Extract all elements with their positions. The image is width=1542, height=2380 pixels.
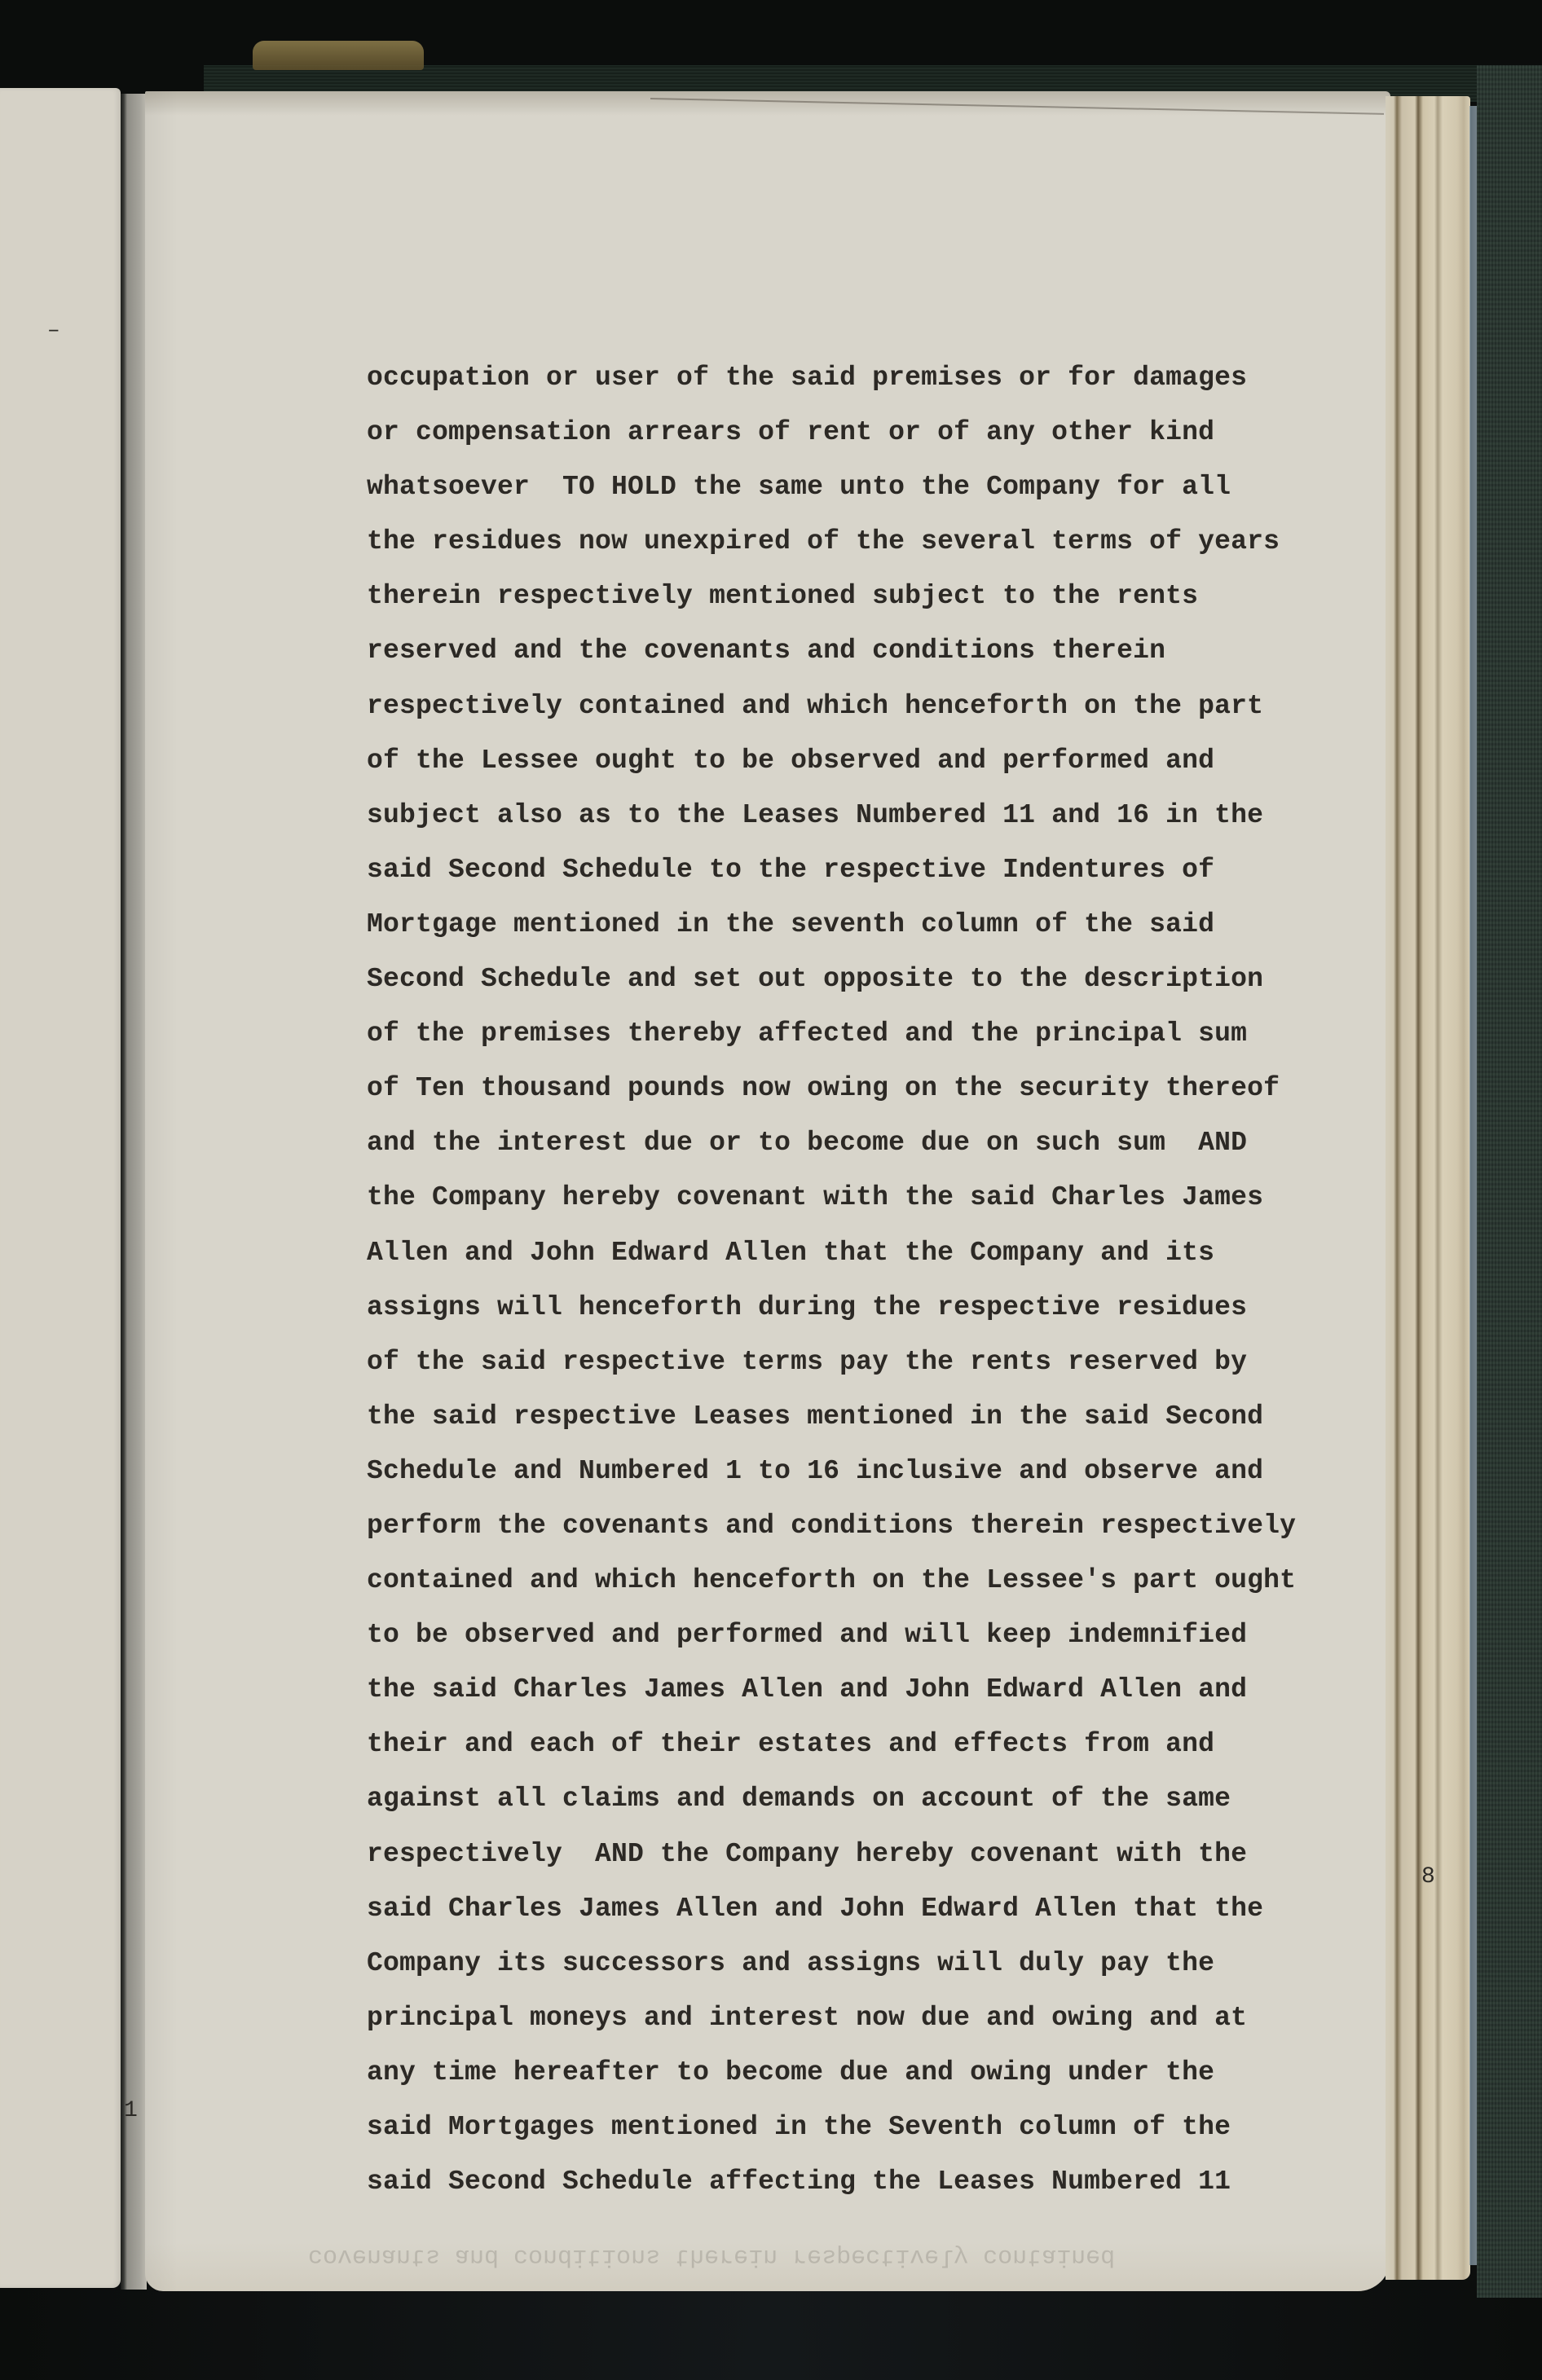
text-line: said Charles James Allen and John Edward… (367, 1881, 1386, 1936)
text-line: the said Charles James Allen and John Ed… (367, 1662, 1386, 1717)
text-line: said Second Schedule to the respective I… (367, 842, 1386, 897)
text-line: or compensation arrears of rent or of an… (367, 405, 1386, 460)
text-line: reserved and the covenants and condition… (367, 623, 1386, 678)
bookmark-tab (253, 41, 424, 70)
left-page-dash-mark: – (47, 318, 60, 342)
text-line: Allen and John Edward Allen that the Com… (367, 1225, 1386, 1280)
text-line: said Mortgages mentioned in the Seventh … (367, 2100, 1386, 2154)
document-page: occupation or user of the said premises … (145, 91, 1390, 2291)
text-line: of the said respective terms pay the ren… (367, 1335, 1386, 1389)
text-line: Mortgage mentioned in the seventh column… (367, 897, 1386, 952)
text-line: to be observed and performed and will ke… (367, 1608, 1386, 1662)
text-line: occupation or user of the said premises … (367, 350, 1386, 405)
text-line: respectively contained and which hencefo… (367, 679, 1386, 733)
text-line: the Company hereby covenant with the sai… (367, 1170, 1386, 1225)
text-line: subject also as to the Leases Numbered 1… (367, 788, 1386, 842)
text-line: therein respectively mentioned subject t… (367, 569, 1386, 623)
book-scan-scene: – 1 occupation or user of the said premi… (0, 0, 1542, 2380)
page-edge-stack (1386, 96, 1470, 2280)
text-line: respectively AND the Company hereby cove… (367, 1827, 1386, 1881)
text-line: the residues now unexpired of the severa… (367, 514, 1386, 569)
page-edge-mark: 8 (1421, 1864, 1435, 1889)
text-line: perform the covenants and conditions the… (367, 1498, 1386, 1553)
text-line: contained and which henceforth on the Le… (367, 1553, 1386, 1608)
text-line: any time hereafter to become due and owi… (367, 2045, 1386, 2100)
bleed-through-text: covenants and conditions therein respect… (308, 2242, 1115, 2270)
text-line: Schedule and Numbered 1 to 16 inclusive … (367, 1444, 1386, 1498)
text-line: their and each of their estates and effe… (367, 1717, 1386, 1771)
text-line: principal moneys and interest now due an… (367, 1991, 1386, 2045)
gutter-number-mark: 1 (124, 2098, 138, 2123)
text-line: assigns will henceforth during the respe… (367, 1280, 1386, 1335)
text-line: of Ten thousand pounds now owing on the … (367, 1061, 1386, 1115)
text-line: of the premises thereby affected and the… (367, 1006, 1386, 1061)
top-edge-stain (650, 91, 1384, 115)
left-page-fragment: – (0, 88, 121, 2288)
text-line: against all claims and demands on accoun… (367, 1771, 1386, 1826)
text-line: the said respective Leases mentioned in … (367, 1389, 1386, 1444)
typed-text-block: occupation or user of the said premises … (367, 350, 1386, 2209)
text-line: of the Lessee ought to be observed and p… (367, 733, 1386, 788)
text-line: Second Schedule and set out opposite to … (367, 952, 1386, 1006)
text-line: Company its successors and assigns will … (367, 1936, 1386, 1991)
text-line: and the interest due or to become due on… (367, 1115, 1386, 1170)
book-cover-right-edge (1477, 65, 1542, 2298)
text-line: whatsoever TO HOLD the same unto the Com… (367, 460, 1386, 514)
book-gutter: 1 (121, 94, 147, 2290)
text-line: said Second Schedule affecting the Lease… (367, 2154, 1386, 2209)
